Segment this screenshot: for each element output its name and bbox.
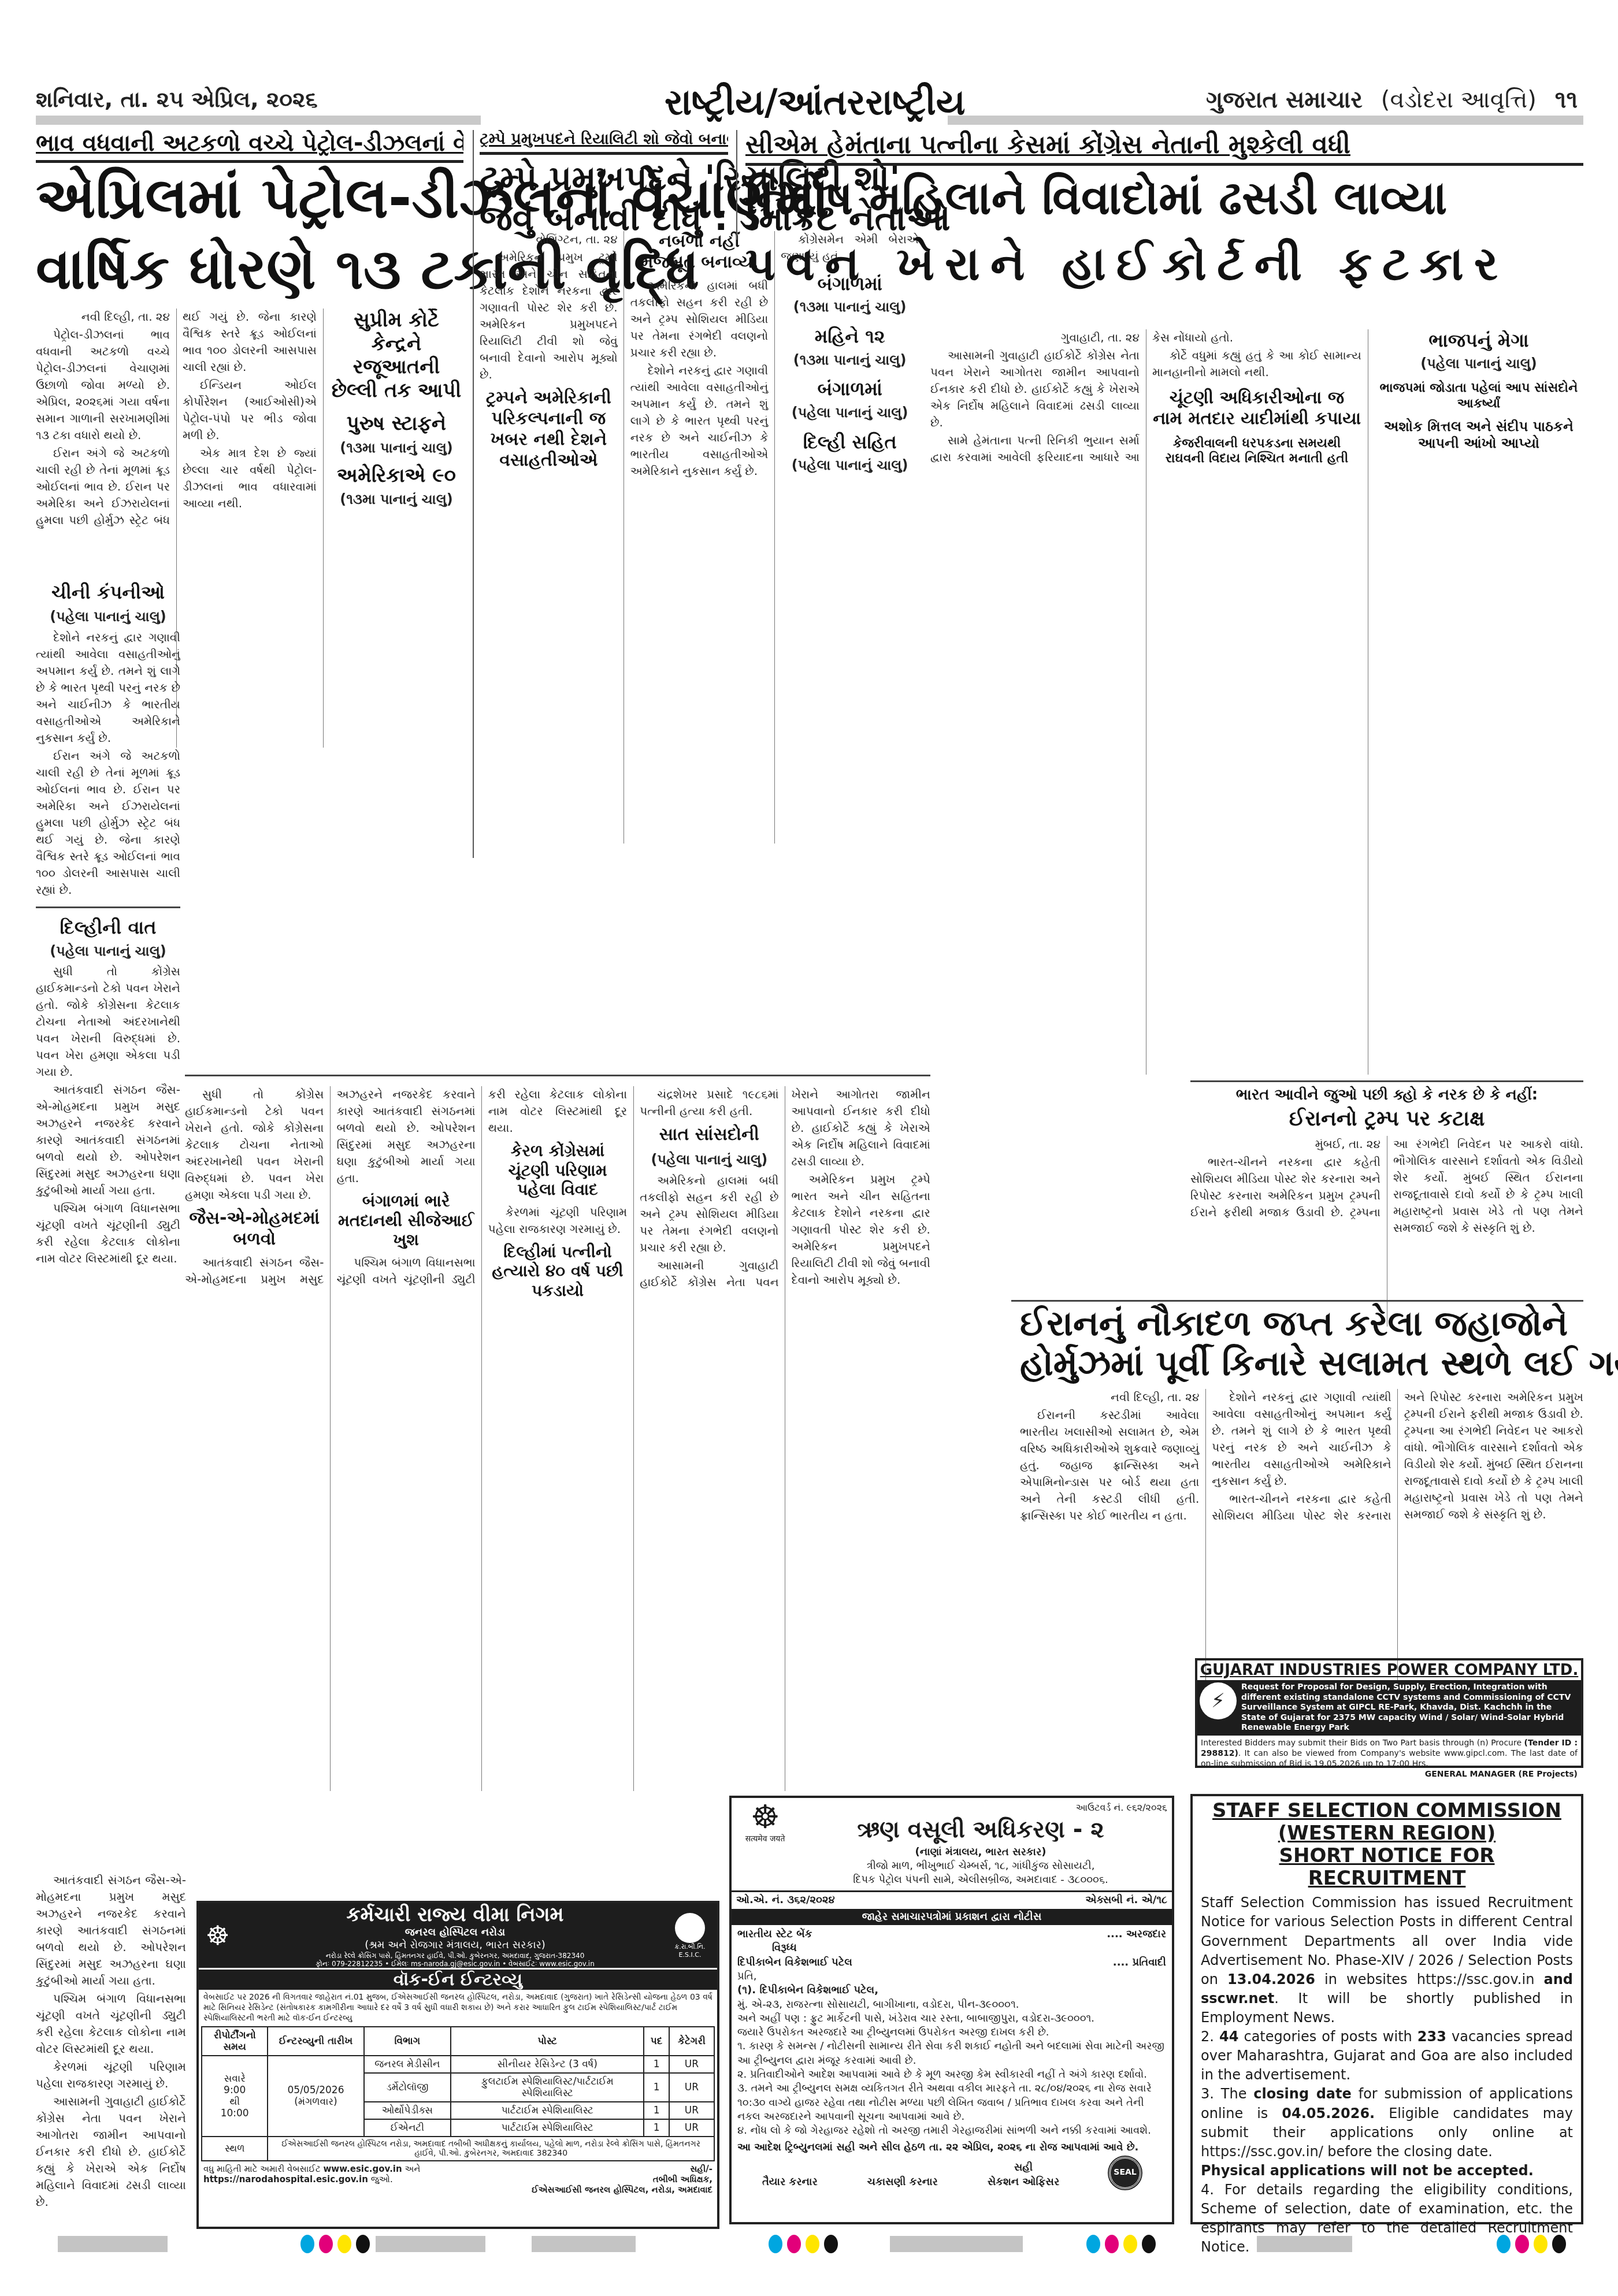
ashoka-emblem-icon: ☸ [206, 1920, 240, 1951]
trump-para: દેશોને નરકનું દ્વાર ગણાવી ત્યાંથી આવેલા … [630, 362, 769, 480]
emblem-caption: सत्यमेव जयते [736, 1834, 794, 1845]
delhi-wife-para: ચંદ્રશેખર પ્રસાદે ૧૯૮૬માં પત્નીની હત્યા … [640, 1086, 778, 1120]
esic-ministry: (શ્રમ અને રોજગાર મંત્રાલય, ભારત સરકાર) [240, 1939, 670, 1952]
para: સુધી તો કોંગ્રેસ હાઈકમાન્ડનો ટેકો પવન ખે… [185, 1086, 324, 1203]
ssc-p3-d: before the closing date. [1327, 2143, 1492, 2160]
date-value: 05/05/2026 [272, 2085, 359, 2096]
cell-dept: ડર્મેટોલૉજી [364, 2073, 451, 2102]
aap-subhead: ભાજપમાં જોડાતા પહેલાં આપ સાંસદોને આકર્ષ્… [1374, 381, 1583, 411]
esic-intro: વેબસાઈટ પર 2026 ની વિગતવાર જાહેરાત નં.01… [199, 1990, 717, 2026]
drt-preamble: જયારે ઉપરોકત અરજદારે આ ટ્રીબ્યુનલમાં ઉપર… [737, 2026, 1166, 2039]
drt-point: ૪. નોંધ લો કે જો ગેરહાજર રહેશો તો અરજી ત… [737, 2124, 1166, 2138]
registration-marks [769, 2235, 838, 2253]
america-90-head: અમેરિકાએ ૯૦ [329, 464, 463, 488]
drt-outward-no: આઉટવર્ડ નં. ૯૬૨/૨૦૨૬ [794, 1801, 1167, 1814]
interview-date: 05/05/2026(મંગળવાર) [268, 2056, 363, 2137]
divider [1190, 1080, 1583, 1082]
continuation-label: (પહેલા પાનાનું ચાલુ) [1374, 354, 1583, 374]
china-para: દેશોને નરકનું દ્વાર ગણાવી ત્યાંથી આવેલા … [36, 629, 180, 746]
iran-ships-para: ઈરાનની કસ્ટડીમાં આવેલા ભારતીય ખલાસીઓ સલા… [1020, 1407, 1199, 1524]
lightning-logo-icon: ⚡ [1200, 1682, 1237, 1719]
yellow-dot-icon [337, 2235, 351, 2253]
reporting-time: સવારે9:00થી10:00 [202, 2056, 268, 2137]
esic-contact: ફોનઃ 079-22812235 • ઈમેલઃ ms-naroda.gj@e… [240, 1960, 670, 1968]
trump-headline-1: ટ્રમ્પે પ્રમુખપદને 'રિયાલિટી શો' [480, 161, 728, 197]
ssc-p2-num: 2. [1201, 2028, 1214, 2045]
iran-trump-body: મુંબઈ, તા. ૨૪ ભારત-ચીનને નરકના દ્વાર કહે… [1190, 1136, 1583, 1327]
para: પશ્ચિમ બંગાળ વિધાનસભા ચૂંટણી વખતે ચૂંટણી… [36, 1990, 186, 2057]
petrol-dateline: નવી દિલ્હી, તા. ૨૪ [36, 309, 170, 325]
continuation-label: (૧૩મા પાનાનું ચાલુ) [329, 489, 463, 510]
bengal-head-2: બંગાળમાં [781, 378, 919, 400]
cyan-dot-icon [1086, 2235, 1100, 2253]
petrol-headline-1: એપ્રિલમાં પેટ્રોલ-ડીઝલનાં વેચાણમાં [36, 169, 463, 228]
paper-name: ગુજરાત સમાચાર [1206, 87, 1363, 113]
esic-title: કર્મચારી રાજ્ય વીમા નિગમ [240, 1903, 670, 1927]
mittal-pathak-subhead: અશોક મિત્તલ અને સંદીપ પાઠકને આપની આંખો આ… [1374, 418, 1583, 452]
ssc-p1-b: in websites [1324, 1971, 1408, 1987]
esic-subtitle: જનરલ હોસ્પિટલ નરોડા [240, 1926, 670, 1939]
th-reporting-time: રીપોર્ટીંગનો સમય [202, 2027, 268, 2056]
cell-category: UR [669, 2056, 714, 2073]
middle-lower-columns: સુધી તો કોંગ્રેસ હાઈકમાન્ડનો ટેકો પવન ખે… [185, 1086, 930, 1791]
cell-dept: ઈએનટી [364, 2119, 451, 2137]
registration-marks [1497, 2235, 1566, 2253]
saat-sansad-head: સાત સાંસદોની [640, 1124, 778, 1145]
petrol-para: એક માત્ર દેશ છે જ્યાં છેલ્લા ચાર વર્ષથી … [183, 445, 317, 512]
ssc-warning: Physical applications will not be accept… [1201, 2161, 1573, 2180]
divider [36, 906, 180, 908]
th-department: વિભાગ [364, 2027, 451, 2056]
story-pawan: સીએમ હેમંતાના પત્નીના કેસમાં કોંગ્રેસ ને… [745, 130, 1583, 288]
drt-point: ૨. પ્રતિવાદીઓને આદેશ આપવામાં આવે છે કે મ… [737, 2068, 1166, 2082]
bjp-mega-head: ભાજપનું મેગા [1374, 329, 1583, 351]
ssc-closing-date: 04.05.2026. [1282, 2105, 1375, 2122]
ad-gipcl: GUJARAT INDUSTRIES POWER COMPANY LTD. ⚡ … [1195, 1658, 1583, 1768]
cell-dept: ઓર્થોપેડીક્સ [364, 2102, 451, 2119]
para: આસામની ગુવાહાટી હાઈકોર્ટે કોંગ્રેસ નેતા … [36, 2093, 186, 2210]
continuation-label: (પહેલા પાનાનું ચાલુ) [640, 1150, 778, 1170]
trump-dateline: વોશિંગ્ટન, તા. ૨૪ [480, 231, 618, 248]
continuation-label: (૧૩મા પાનાનું ચાલુ) [781, 350, 919, 370]
table-row: સવારે9:00થી10:00 05/05/2026(મંગળવાર) જનર… [202, 2056, 714, 2073]
drt-point: ૩. તમને આ ટ્રીબ્યુનલ સમક્ષ વ્યકિતગત રીતે… [737, 2082, 1166, 2124]
petrol-para: ઈન્ડિયન ઓઈલ કોર્પોરેશન (આઈઓસી)એ પેટ્રોલ-… [183, 377, 317, 444]
gipcl-company: GUJARAT INDUSTRIES POWER COMPANY LTD. [1197, 1660, 1581, 1680]
divider [1011, 1300, 1583, 1302]
cyan-dot-icon [1497, 2235, 1511, 2253]
ssc-closing-label: closing date [1253, 2086, 1351, 2102]
ssc-notice-date: 13.04.2026 [1227, 1971, 1315, 1987]
esic-sign: સહી/- [532, 2164, 712, 2174]
continuation-label: (પહેલા પાનાનું ચાલુ) [781, 455, 919, 475]
ssc-apply-link[interactable]: https://ssc.gov.in/ [1201, 2143, 1323, 2160]
purush-staff-head: પુરુષ સ્ટાફને [329, 412, 463, 436]
drt-to: પ્રતિ, [737, 1970, 1166, 1983]
time-part: થી [206, 2096, 264, 2108]
divider [185, 1075, 930, 1076]
story-iran-ships: ઈરાનનું નૌકાદળ જપ્ત કરેલા જહાજોને હોર્મુ… [1020, 1306, 1583, 1712]
kerala-para: કેરળમાં ચૂંટણી પરિણામ પહેલા રાજકારણ ગરમા… [488, 1204, 627, 1238]
magenta-dot-icon [787, 2235, 801, 2253]
th-count: પદ [644, 2027, 669, 2056]
header-band-right [948, 116, 1583, 125]
iran-ships-headline-1: ઈરાનનું નૌકાદળ જપ્ત કરેલા જહાજોને [1020, 1306, 1583, 1342]
cell-category: UR [669, 2119, 714, 2137]
footer-band [58, 2236, 168, 2252]
ssc-title: STAFF SELECTION COMMISSION [1201, 1800, 1573, 1822]
pawan-para: કોર્ટે વધુમાં કહ્યું હતું કે આ કોઈ સામાન… [1152, 347, 1361, 381]
esic-logo-icon [675, 1913, 705, 1943]
delhi-sahit-head: દિલ્હી સહિત [781, 431, 919, 453]
delhi-vat-para: પશ્ચિમ બંગાળ વિધાનસભા ચૂંટણી વખતે ચૂંટણી… [36, 1200, 180, 1267]
drt-sig-prepared: તૈયાર કરનાર [762, 2175, 818, 2189]
cyan-dot-icon [300, 2235, 314, 2253]
iran-trump-kicker: ભારત આવીને જુઓ પછી ક્હો કે નરક છે કે નહી… [1190, 1086, 1583, 1104]
drt-sig-checked: ચકાસણી કરનાર [867, 2175, 938, 2189]
esic-website-link[interactable]: www.esic.gov.in [323, 2164, 402, 2174]
drt-ministry: (નાણાં મંત્રાલય, ભારત સરકાર) [794, 1845, 1167, 1859]
cell-post: ફુલટાઈમ સ્પેશિયાલિસ્ટ/પાર્ટટાઈમ સ્પેશિયા… [451, 2073, 644, 2102]
th-interview-date: ઈન્ટરવ્યુની તારીખ [268, 2027, 363, 2056]
iran-trump-headline: ઈરાનનો ટ્રમ્પ પર કટાક્ષ [1190, 1106, 1583, 1131]
drt-oa-no: ઓ.એ. નં. ૩૬૨/૨૦૨૪ [736, 1893, 835, 1907]
drt-versus: વિરૂધ્ધ [737, 1941, 1166, 1955]
supreme-court-subhead: સુપ્રીમ કોર્ટે કેન્દ્રને રજૂઆતની છેલ્લી … [329, 309, 463, 403]
pawan-para: આસામની ગુવાહાટી હાઈકોર્ટે કોંગ્રેસ નેતા … [930, 347, 1140, 431]
drt-exhibit-no: એક્સબી નં. એ/૧૮ [1085, 1893, 1167, 1907]
black-dot-icon [1552, 2235, 1566, 2253]
drt-respondent-role: .... પ્રતિવાદી [1113, 1956, 1166, 1970]
magenta-dot-icon [1105, 2235, 1119, 2253]
drt-sig-officer: સેકશન ઓફિસર [988, 2175, 1060, 2189]
drt-respondent: દિપીકાબેન વિકેશભાઈ પટેલ [737, 1956, 852, 1970]
pawan-kicker: સીએમ હેમંતાના પત્નીના કેસમાં કોંગ્રેસ ને… [745, 130, 1583, 166]
yellow-dot-icon [806, 2235, 819, 2253]
venue-label: સ્થળ [202, 2137, 268, 2161]
story-iran-trump: ભારત આવીને જુઓ પછી ક્હો કે નરક છે કે નહી… [1190, 1086, 1583, 1327]
time-part: 9:00 [206, 2085, 264, 2096]
cell-dept: જનરલ મેડીસીન [364, 2056, 451, 2073]
esic-table: રીપોર્ટીંગનો સમય ઈન્ટરવ્યુની તારીખ વિભાગ… [201, 2026, 715, 2161]
registration-marks [300, 2235, 370, 2253]
delhi-wife-head: દિલ્હીમાં પત્નીનો હત્યારો ૪૦ વર્ષ પછી પક… [488, 1242, 627, 1301]
table-row: સ્થળ ઈએસઆઈસી જનરલ હોસ્પિટલ નરોડા, અમદાવા… [202, 2137, 714, 2161]
bengal-cji-head: બંગાળમાં ભારે મતદાનથી સીજેઆઈ ખુશ [336, 1191, 475, 1250]
gipcl-bidders: Interested Bidders may submit their Bids… [1201, 1738, 1521, 1748]
cyan-dot-icon [769, 2235, 782, 2253]
pawan-dateline: ગુવાહાટી, તા. ૨૪ [930, 329, 1140, 346]
emblem: ☸ सत्यमेव जयते [736, 1801, 794, 1887]
trump-kicker: ટ્રમ્પે પ્રમુખપદને રિયાલિટી શો જેવો બનાવ… [480, 130, 728, 155]
kerala-head: કેરળ કોંગ્રેસમાં ચૂંટણી પરિણામ પહેલા વિવ… [488, 1141, 627, 1199]
ssc-notice-title: SHORT NOTICE FOR RECRUITMENT [1201, 1845, 1573, 1890]
column-divider [736, 130, 737, 240]
trump-para: અમેરિકન પ્રમુખ ટ્રમ્પે ભારત અને ચીન સહિત… [480, 249, 618, 383]
left-bottom-column: આતંકવાદી સંગઠન જૈસ-એ-મોહમદના પ્રમુખ મસુદ… [36, 1872, 186, 2230]
time-part: સવારે [206, 2073, 264, 2085]
pawan-body: ગુવાહાટી, તા. ૨૪ આસામની ગુવાહાટી હાઈકોર્… [930, 329, 1583, 1075]
yellow-dot-icon [1534, 2235, 1548, 2253]
esic-signatory: તબીબી અધિક્ષક, [532, 2174, 712, 2184]
drt-applicant: ભારતીય સ્ટેટ બેંક [737, 1927, 812, 1941]
time-part: 10:00 [206, 2108, 264, 2119]
ssc-p2-b: categories of posts with [1244, 2028, 1412, 2045]
mahine-12-head: મહિને ૧૨ [781, 325, 919, 347]
jaish-head: જૈસ-એ-મોહમદમાં બળવો [185, 1208, 324, 1250]
issue-date: શનિવાર, તા. ૨૫ એપ્રિલ, ૨૦૨૬ [36, 87, 318, 113]
iran-ships-para: દેશોને નરકનું દ્વાર ગણાવી ત્યાંથી આવેલા … [1212, 1389, 1391, 1489]
gipcl-website-line: . It can also be viewed from Company's w… [1201, 1749, 1578, 1769]
esic-address: નરોડા રેલ્વે ક્રોસિંગ પાસે, હિંમતનગર હાઈ… [240, 1952, 670, 1960]
footer-band [376, 2236, 485, 2252]
ssc-website-link[interactable]: https://ssc.gov.in [1417, 1971, 1535, 1987]
pawan-headline-2: પવન ખેરાને હાઈકોર્ટની ફટકાર [745, 240, 1583, 288]
story-trump: ટ્રમ્પે પ્રમુખપદને રિયાલિટી શો જેવો બનાવ… [480, 130, 728, 237]
ssc-p3-a: 3. The [1201, 2086, 1246, 2102]
petrol-kicker: ભાવ વધવાની અટકળો વચ્ચે પેટ્રોલ-ડીઝલનાં વ… [36, 130, 463, 163]
delhi-vat-para: આતંકવાદી સંગઠન જૈસ-એ-મોહમદના પ્રમુખ મસુદ… [36, 1082, 180, 1199]
ad-ssc: STAFF SELECTION COMMISSION (WESTERN REGI… [1190, 1794, 1583, 2224]
esic-logo-label: ક.રા.બી.નિ. E.S.I.C. [670, 1943, 710, 1959]
continuation-label: (૧૩મા પાનાનું ચાલુ) [329, 438, 463, 458]
delhi-vat-head: દિલ્હીની વાત [36, 916, 180, 938]
ssc-categories: 44 [1219, 2028, 1238, 2045]
th-post: પોસ્ટ [451, 2027, 644, 2056]
para: અમેરિકનો હાલમાં બધી તકલીફો સહન કરી રહી છ… [640, 1172, 778, 1256]
continuation-label: (૧૩મા પાનાનું ચાલુ) [781, 297, 919, 317]
edition-label: (વડોદરા આવૃત્તિ) [1381, 87, 1537, 113]
magenta-dot-icon [319, 2235, 333, 2253]
drt-addressee: (૧). દિપીકાબેન વિકેશભાઈ પટેલ, [737, 1983, 1166, 1997]
iran-ships-headline-2: હોર્મુઝમાં પૂર્વી કિનારે સલામત સ્થળે લઈ … [1020, 1346, 1583, 1382]
venue-value: ઈએસઆઈસી જનરલ હોસ્પિટલ નરોડા, અમદાવાદ તબી… [268, 2137, 714, 2161]
drt-applicant-role: .... અરજદાર [1107, 1927, 1166, 1941]
naroda-hospital-link[interactable]: https://narodahospital.esic.gov.in [203, 2174, 368, 2184]
continuation-label: (પહેલા પાનાનું ચાલુ) [36, 941, 180, 961]
cell-post: પાર્ટટાઈમ સ્પેશિયાલિસ્ટ [451, 2102, 644, 2119]
iran-ships-dateline: નવી દિલ્હી, તા. ૨૪ [1020, 1389, 1199, 1406]
header-band-left [36, 116, 481, 125]
footer-band [532, 2236, 636, 2252]
drt-title: ઋણ વસૂલી અધિકરણ - ૨ [794, 1814, 1167, 1845]
and-text: અને [404, 2164, 420, 2174]
see-text: જુઓ. [371, 2174, 393, 2184]
gipcl-signatory: GENERAL MANAGER (RE Projects) [1201, 1769, 1578, 1779]
cell-post: પાર્ટટાઈમ સ્પેશિયાલિસ્ટ [451, 2119, 644, 2137]
cell-count: 1 [644, 2073, 669, 2102]
masthead: ગુજરાત સમાચાર (વડોદરા આવૃત્તિ) ૧૧ [1206, 87, 1578, 113]
page-number: ૧૧ [1555, 87, 1578, 113]
cell-post: સીનીયર રેસિડેન્ટ (3 વર્ષ) [451, 2056, 644, 2073]
seal-icon: SEAL [1109, 2157, 1141, 2189]
para: અમેરિકન પ્રમુખ ટ્રમ્પે ભારત અને ચીન સહિત… [792, 1171, 930, 1288]
ad-esic: ☸ કર્મચારી રાજ્ય વીમા નિગમ જનરલ હોસ્પિટલ… [196, 1901, 719, 2229]
gipcl-rfp: Request for Proposal for Design, Supply,… [1241, 1682, 1579, 1733]
continuation-label: (પહેલા પાનાનું ચાલુ) [781, 403, 919, 423]
ssc-body: Staff Selection Commission has issued Re… [1201, 1893, 1573, 2257]
day-value: (મંગળવાર) [272, 2096, 359, 2108]
magenta-dot-icon [1515, 2235, 1529, 2253]
registration-marks [1086, 2235, 1156, 2253]
para: કેરળમાં ચૂંટણી પરિણામ પહેલા રાજકારણ ગરમા… [36, 2059, 186, 2092]
para: આતંકવાદી સંગઠન જૈસ-એ-મોહમદના પ્રમુખ મસુદ… [36, 1872, 186, 1989]
drt-address: દિપક પેટ્રોલ પંપની સામે, એલીસબ્રીજ, અમદા… [794, 1873, 1167, 1887]
left-column: ચીની કંપનીઓ (પહેલા પાનાનું ચાલુ) દેશોને … [36, 578, 180, 1860]
petrol-headline-2: વાર્ષિક ધોરણે ૧૩ ટકાની વૃદ્ધિ [36, 240, 463, 299]
continuation-label: (પહેલા પાનાનું ચાલુ) [36, 607, 180, 627]
black-dot-icon [1142, 2235, 1156, 2253]
yellow-dot-icon [1123, 2235, 1137, 2253]
gipcl-details: Interested Bidders may submit their Bids… [1197, 1736, 1581, 1782]
black-dot-icon [824, 2235, 838, 2253]
pawan-headline-1: નિર્દોષ મહિલાને વિવાદોમાં ઢસડી લાવ્યા [745, 174, 1583, 222]
ssc-region: (WESTERN REGION) [1201, 1822, 1573, 1845]
esic-signatory-org: ઈએસઆઈસી જનરલ હોસ્પિટલ, નરોડા, અમદાવાદ [532, 2184, 712, 2195]
esic-banner: વૉક-ઈન ઈન્ટરવ્યુ [199, 1968, 717, 1990]
drt-point: ૧. કારણ કે સમન્સ / નોટીસની સામાન્ય રીતે … [737, 2039, 1166, 2068]
china-para: ઈરાન અંગે જે અટકળો ચાલી રહી છે તેનાં મૂળ… [36, 748, 180, 898]
drt-address: ત્રીજો માળ, ભીખુભાઈ ચેમ્બર્સ, ૧૮, ગાંધીક… [794, 1859, 1167, 1873]
drt-sign: સહી [988, 2161, 1060, 2175]
drt-addr-line: અને અહીં પણ : ફ્રુટ માર્કેટની પાસે, ખંડે… [737, 2012, 1166, 2026]
column-divider [473, 130, 474, 858]
black-dot-icon [356, 2235, 370, 2253]
drt-addr-line: મું. એ-૨૩, રાજરત્ના સોસાયટી, બાગીખાના, વ… [737, 1998, 1166, 2012]
cell-count: 1 [644, 2102, 669, 2119]
footer-band [890, 2236, 1023, 2252]
ad-drt: ☸ सत्यमेव जयते આઉટવર્ડ નં. ૯૬૨/૨૦૨૬ ઋણ વ… [729, 1796, 1174, 2224]
ashoka-emblem-icon: ☸ [736, 1801, 794, 1834]
cell-category: UR [669, 2073, 714, 2102]
footer-band [1257, 2236, 1352, 2252]
petrol-para: પેટ્રોલ-ડીઝલનાં ભાવ વધવાની અટકળો વચ્ચે પ… [36, 326, 170, 444]
cell-count: 1 [644, 2056, 669, 2073]
cell-category: UR [669, 2102, 714, 2119]
cell-count: 1 [644, 2119, 669, 2137]
section-title: રાષ્ટ્રીય/આંતરરાષ્ટ્રીય [665, 81, 966, 124]
china-companies-head: ચીની કંપનીઓ [36, 581, 180, 603]
iran-trump-dateline: મુંબઈ, તા. ૨૪ [1190, 1136, 1381, 1153]
election-officers-subhead: ચૂંટણી અધિકારીઓના જ નામ મતદાર યાદીમાંથી … [1152, 388, 1361, 429]
drt-banner: જાહેર સમાચારપત્રોમાં પ્રકાશન દ્વારા નોટી… [732, 1909, 1172, 1925]
more-info-text: વધુ માહિતી માટે અમારી વેબસાઈટ [203, 2164, 321, 2174]
trump-body: વોશિંગ્ટન, તા. ૨૪ અમેરિકન પ્રમુખ ટ્રમ્પે… [480, 231, 919, 844]
th-category: કેટેગરી [669, 2027, 714, 2056]
ssc-vacancies: 233 [1417, 2028, 1446, 2045]
drt-order-line: આ આદેશ ટ્રિબ્યુનલમાં સહી અને સીલ હેઠળ તા… [737, 2141, 1166, 2154]
delhi-vat-para: સુધી તો કોંગ્રેસ હાઈકમાન્ડનો ટેકો પવન ખે… [36, 963, 180, 1080]
kejriwal-subhead: કેજરીવાલની ધરપકડના સમયથી રાઘવની વિદાય નિ… [1152, 436, 1361, 467]
